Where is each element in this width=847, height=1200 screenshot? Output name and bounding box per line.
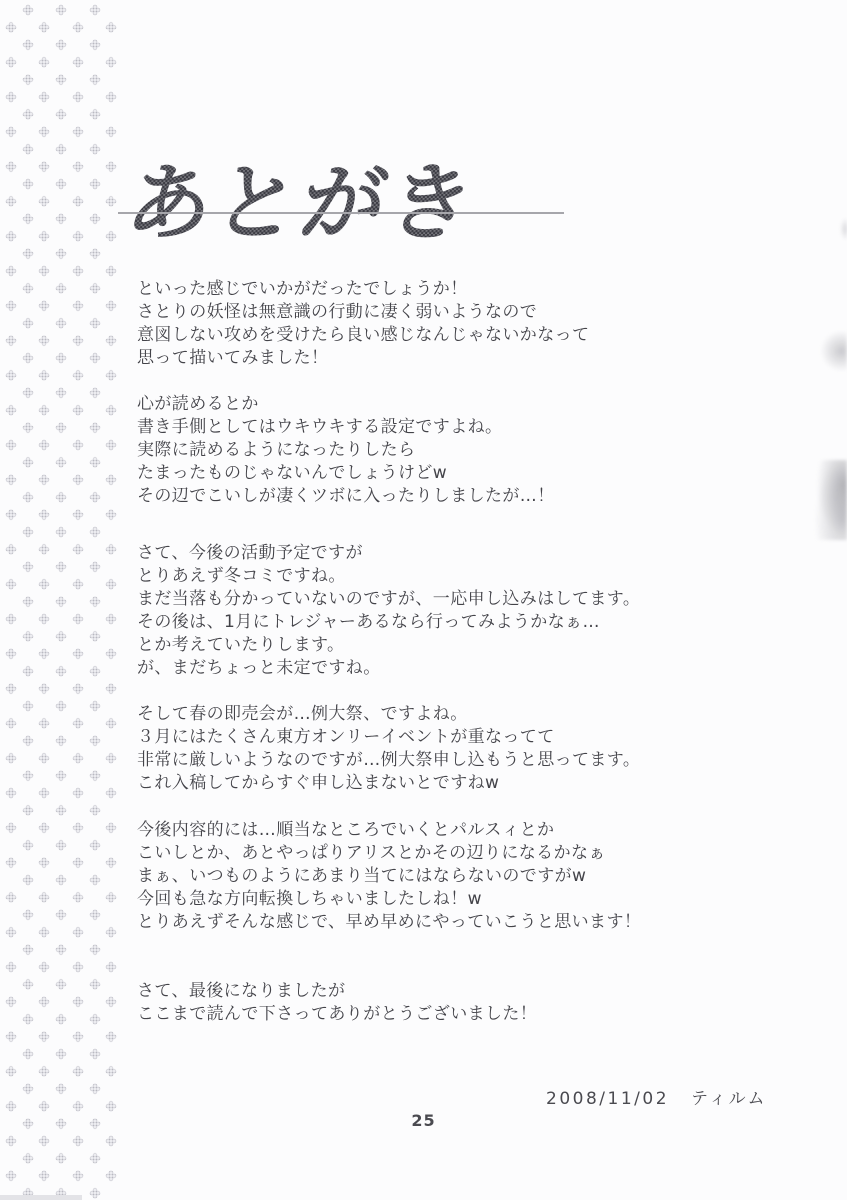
text-line: まぁ、いつものようにあまり当てにはならないのですがw [137,865,641,888]
diamond-ornament-icon [105,787,117,799]
diamond-ornament-icon [22,178,34,190]
text-line: 今回も急な方向転換しちゃいましたしね！w [137,888,641,911]
diamond-ornament-icon [38,1031,50,1043]
diamond-ornament-icon [105,439,117,451]
diamond-dot-pattern [0,0,120,1200]
diamond-ornament-icon [22,735,34,747]
diamond-ornament-icon [38,857,50,869]
diamond-ornament-icon [55,909,67,921]
diamond-ornament-icon [38,335,50,347]
diamond-ornament-icon [89,735,101,747]
diamond-ornament-icon [89,700,101,712]
diamond-ornament-icon [38,543,50,555]
diamond-ornament-icon [5,717,17,729]
diamond-ornament-icon [55,944,67,956]
diamond-ornament-icon [5,752,17,764]
diamond-ornament-icon [5,996,17,1008]
diamond-ornament-icon [89,1152,101,1164]
diamond-ornament-icon [55,700,67,712]
diamond-ornament-icon [105,126,117,138]
diamond-ornament-icon [105,21,117,33]
diamond-ornament-icon [89,456,101,468]
diamond-ornament-icon [22,1013,34,1025]
diamond-ornament-icon [38,961,50,973]
diamond-ornament-icon [38,195,50,207]
diamond-ornament-icon [105,161,117,173]
diamond-ornament-icon [5,439,17,451]
text-line: これ入稿してからすぐ申し込まないとですねw [137,772,640,795]
publication-date: 2008/11/02 [546,1089,669,1109]
diamond-ornament-icon [5,857,17,869]
diamond-ornament-icon [5,683,17,695]
diamond-ornament-icon [22,909,34,921]
diamond-ornament-icon [38,474,50,486]
diamond-ornament-icon [38,787,50,799]
diamond-ornament-icon [72,509,84,521]
diamond-ornament-icon [89,561,101,573]
diamond-ornament-icon [105,543,117,555]
diamond-ornament-icon [72,752,84,764]
diamond-ornament-icon [38,891,50,903]
diamond-ornament-icon [105,265,117,277]
diamond-ornament-icon [38,683,50,695]
page-number: 25 [0,1111,847,1130]
diamond-ornament-icon [105,1135,117,1147]
diamond-ornament-icon [5,161,17,173]
text-line: とりあえずそんな感じで、早め早めにやっていこうと思います！ [137,911,641,934]
text-line: さて、今後の活動予定ですが [137,542,640,565]
diamond-ornament-icon [38,717,50,729]
diamond-ornament-icon [5,926,17,938]
diamond-ornament-icon [5,787,17,799]
diamond-ornament-icon [55,39,67,51]
diamond-ornament-icon [72,161,84,173]
diamond-ornament-icon [5,543,17,555]
colophon: 2008/11/02ティルム [546,1084,767,1109]
afterword-title: あとがき [120,154,484,253]
diamond-ornament-icon [55,422,67,434]
diamond-ornament-icon [55,596,67,608]
diamond-ornament-icon [38,369,50,381]
diamond-ornament-icon [5,300,17,312]
diamond-ornament-icon [89,39,101,51]
diamond-ornament-icon [38,1065,50,1077]
diamond-ornament-icon [72,1065,84,1077]
diamond-ornament-icon [105,857,117,869]
diamond-ornament-icon [89,944,101,956]
diamond-ornament-icon [89,909,101,921]
diamond-ornament-icon [105,926,117,938]
text-line: その後は、1月にトレジャーあるなら行ってみようかなぁ… [137,611,640,634]
diamond-ornament-icon [72,474,84,486]
diamond-ornament-icon [55,735,67,747]
diamond-ornament-icon [55,665,67,677]
text-line: その辺でこいしが凄くツボに入ったりしましたが…！ [137,485,555,508]
diamond-ornament-icon [89,526,101,538]
diamond-ornament-icon [105,1170,117,1182]
diamond-ornament-icon [105,648,117,660]
diamond-ornament-icon [89,213,101,225]
diamond-ornament-icon [38,648,50,660]
diamond-ornament-icon [72,300,84,312]
diamond-ornament-icon [38,613,50,625]
diamond-ornament-icon [5,265,17,277]
text-line: たまったものじゃないんでしょうけどw [137,462,555,485]
diamond-ornament-icon [72,613,84,625]
diamond-ornament-icon [105,369,117,381]
diamond-ornament-icon [22,387,34,399]
scanned-afterword-page: あとがき といった感じでいかがだったでしょうか！さとりの妖怪は無意識の行動に凄く… [0,0,847,1200]
diamond-ornament-icon [5,1031,17,1043]
diamond-ornament-icon [89,317,101,329]
diamond-ornament-icon [72,265,84,277]
diamond-ornament-icon [72,21,84,33]
diamond-ornament-icon [89,4,101,16]
diamond-ornament-icon [105,683,117,695]
diamond-ornament-icon [22,4,34,16]
diamond-ornament-icon [22,1152,34,1164]
diamond-ornament-icon [55,213,67,225]
diamond-ornament-icon [22,282,34,294]
diamond-ornament-icon [105,752,117,764]
diamond-ornament-icon [5,891,17,903]
diamond-ornament-icon [38,996,50,1008]
diamond-ornament-icon [89,1048,101,1060]
diamond-ornament-icon [55,630,67,642]
diamond-ornament-icon [89,178,101,190]
diamond-ornament-icon [55,248,67,260]
diamond-ornament-icon [105,1031,117,1043]
diamond-ornament-icon [55,561,67,573]
diamond-ornament-icon [72,891,84,903]
diamond-ornament-icon [38,752,50,764]
diamond-ornament-icon [72,961,84,973]
diamond-ornament-icon [105,300,117,312]
diamond-ornament-icon [105,509,117,521]
diamond-ornament-icon [105,891,117,903]
diamond-ornament-icon [55,74,67,86]
diamond-ornament-icon [89,874,101,886]
diamond-ornament-icon [38,1135,50,1147]
diamond-ornament-icon [55,804,67,816]
diamond-ornament-icon [55,4,67,16]
diamond-ornament-icon [55,770,67,782]
text-line: そして春の即売会が…例大祭、ですよね。 [137,703,640,726]
text-line: とか考えていたりします。 [137,634,640,657]
diamond-ornament-icon [5,126,17,138]
diamond-ornament-icon [55,282,67,294]
diamond-ornament-icon [22,491,34,503]
paragraph: といった感じでいかがだったでしょうか！さとりの妖怪は無意識の行動に凄く弱いような… [137,278,589,370]
diamond-ornament-icon [5,230,17,242]
diamond-ornament-icon [55,317,67,329]
diamond-ornament-icon [105,996,117,1008]
diamond-ornament-icon [89,422,101,434]
diamond-ornament-icon [22,422,34,434]
diamond-ornament-icon [5,404,17,416]
diamond-ornament-icon [22,630,34,642]
diamond-ornament-icon [89,596,101,608]
diamond-ornament-icon [38,126,50,138]
diamond-ornament-icon [105,91,117,103]
diamond-ornament-icon [105,961,117,973]
diamond-ornament-icon [105,578,117,590]
diamond-ornament-icon [38,230,50,242]
diamond-ornament-icon [72,230,84,242]
author-name: ティルム [691,1089,767,1109]
diamond-ornament-icon [105,335,117,347]
diamond-ornament-icon [55,526,67,538]
diamond-ornament-icon [55,1013,67,1025]
diamond-ornament-icon [55,352,67,364]
text-line: 心が読めるとか [137,393,555,416]
diamond-ornament-icon [72,195,84,207]
diamond-ornament-icon [89,108,101,120]
diamond-ornament-icon [89,665,101,677]
diamond-ornament-icon [72,404,84,416]
scan-smudge [840,218,847,240]
text-line: まだ当落も分かっていないのですが、一応申し込みはしてます。 [137,588,640,611]
diamond-ornament-icon [22,317,34,329]
diamond-ornament-icon [89,630,101,642]
diamond-ornament-icon [38,509,50,521]
diamond-ornament-icon [55,978,67,990]
diamond-ornament-icon [89,804,101,816]
diamond-ornament-icon [55,108,67,120]
diamond-ornament-icon [72,56,84,68]
diamond-ornament-icon [5,369,17,381]
diamond-ornament-icon [22,213,34,225]
paragraph: 今後内容的には…順当なところでいくとパルスィとかこいしとか、あとやっぱりアリスと… [137,819,641,934]
diamond-ornament-icon [5,195,17,207]
diamond-ornament-icon [89,352,101,364]
diamond-ornament-icon [72,822,84,834]
text-line: 実際に読めるようになったりしたら [137,439,555,462]
diamond-ornament-icon [72,787,84,799]
diamond-ornament-icon [38,1170,50,1182]
diamond-ornament-icon [72,1135,84,1147]
diamond-ornament-icon [89,770,101,782]
diamond-ornament-icon [38,91,50,103]
diamond-ornament-icon [72,369,84,381]
diamond-ornament-icon [22,804,34,816]
text-line: さて、最後になりましたが [137,980,537,1003]
diamond-ornament-icon [55,1152,67,1164]
scan-edge-artifact [0,1195,82,1200]
diamond-ornament-icon [72,648,84,660]
diamond-ornament-icon [22,456,34,468]
diamond-ornament-icon [55,1083,67,1095]
diamond-ornament-icon [72,683,84,695]
diamond-ornament-icon [22,39,34,51]
diamond-ornament-icon [22,874,34,886]
diamond-ornament-icon [105,474,117,486]
diamond-ornament-icon [38,404,50,416]
diamond-ornament-icon [72,439,84,451]
paragraph: そして春の即売会が…例大祭、ですよね。３月にはたくさん東方オンリーイベントが重な… [137,703,640,795]
diamond-ornament-icon [5,648,17,660]
diamond-ornament-icon [22,108,34,120]
diamond-ornament-icon [72,335,84,347]
diamond-ornament-icon [5,509,17,521]
diamond-ornament-icon [89,978,101,990]
diamond-ornament-icon [38,300,50,312]
diamond-ornament-icon [5,335,17,347]
diamond-ornament-icon [5,822,17,834]
diamond-ornament-icon [22,74,34,86]
diamond-ornament-icon [22,839,34,851]
diamond-ornament-icon [89,1187,101,1199]
diamond-ornament-icon [38,822,50,834]
text-line: 非常に厳しいようなのですが…例大祭申し込もうと思ってます。 [137,749,640,772]
diamond-ornament-icon [38,56,50,68]
diamond-ornament-icon [22,1083,34,1095]
text-line: ３月にはたくさん東方オンリーイベントが重なってて [137,726,640,749]
diamond-ornament-icon [55,1048,67,1060]
diamond-ornament-icon [89,143,101,155]
diamond-ornament-icon [72,926,84,938]
diamond-ornament-icon [105,613,117,625]
text-line: 書き手側としてはウキウキする設定ですよね。 [137,416,555,439]
diamond-ornament-icon [105,822,117,834]
diamond-ornament-icon [55,491,67,503]
diamond-ornament-icon [5,91,17,103]
text-line: 意図しない攻めを受けたら良い感じなんじゃないかなって [137,324,589,347]
diamond-ornament-icon [105,717,117,729]
diamond-ornament-icon [89,74,101,86]
diamond-ornament-icon [105,404,117,416]
diamond-ornament-icon [38,578,50,590]
diamond-ornament-icon [89,1083,101,1095]
diamond-ornament-icon [38,21,50,33]
diamond-ornament-icon [72,126,84,138]
diamond-ornament-icon [89,387,101,399]
diamond-ornament-icon [5,961,17,973]
diamond-ornament-icon [5,613,17,625]
diamond-ornament-icon [22,770,34,782]
diamond-ornament-icon [22,561,34,573]
diamond-ornament-icon [105,1065,117,1077]
diamond-ornament-icon [5,56,17,68]
diamond-ornament-icon [55,178,67,190]
diamond-ornament-icon [55,839,67,851]
paragraph: さて、最後になりましたがここまで読んで下さってありがとうございました！ [137,980,537,1026]
diamond-ornament-icon [72,91,84,103]
diamond-ornament-icon [38,439,50,451]
diamond-ornament-icon [22,665,34,677]
diamond-ornament-icon [55,456,67,468]
scan-smudge [820,330,847,372]
scan-smudge [814,460,847,540]
diamond-ornament-icon [105,56,117,68]
diamond-ornament-icon [5,1135,17,1147]
diamond-ornament-icon [89,248,101,260]
diamond-ornament-icon [105,195,117,207]
text-line: さとりの妖怪は無意識の行動に凄く弱いようなので [137,301,589,324]
diamond-ornament-icon [22,526,34,538]
diamond-ornament-icon [38,926,50,938]
diamond-ornament-icon [22,978,34,990]
diamond-ornament-icon [22,700,34,712]
paragraph: 心が読めるとか書き手側としてはウキウキする設定ですよね。実際に読めるようになった… [137,393,555,508]
diamond-ornament-icon [72,717,84,729]
paragraph: さて、今後の活動予定ですがとりあえず冬コミですね。まだ当落も分かっていないのです… [137,542,640,680]
text-line: が、まだちょっと未定ですね。 [137,657,640,680]
diamond-ornament-icon [38,265,50,277]
diamond-ornament-icon [105,230,117,242]
diamond-ornament-icon [89,282,101,294]
diamond-ornament-icon [89,491,101,503]
diamond-ornament-icon [22,352,34,364]
text-line: ここまで読んで下さってありがとうございました！ [137,1003,537,1026]
diamond-ornament-icon [5,21,17,33]
diamond-ornament-icon [5,578,17,590]
text-line: 今後内容的には…順当なところでいくとパルスィとか [137,819,641,842]
text-line: こいしとか、あとやっぱりアリスとかその辺りになるかなぁ [137,842,641,865]
diamond-ornament-icon [5,474,17,486]
diamond-ornament-icon [72,1170,84,1182]
diamond-ornament-icon [22,944,34,956]
diamond-ornament-icon [55,143,67,155]
diamond-ornament-icon [22,143,34,155]
diamond-ornament-icon [89,1013,101,1025]
text-line: とりあえず冬コミですね。 [137,565,640,588]
text-line: 思って描いてみました！ [137,347,589,370]
diamond-ornament-icon [72,578,84,590]
diamond-ornament-icon [55,874,67,886]
diamond-ornament-icon [22,248,34,260]
diamond-ornament-icon [5,1170,17,1182]
diamond-ornament-icon [89,839,101,851]
text-line: といった感じでいかがだったでしょうか！ [137,278,589,301]
diamond-ornament-icon [72,857,84,869]
diamond-ornament-icon [72,996,84,1008]
title-underline [118,212,564,214]
diamond-ornament-icon [5,1065,17,1077]
diamond-ornament-icon [55,387,67,399]
diamond-ornament-icon [22,596,34,608]
diamond-ornament-icon [72,1031,84,1043]
diamond-ornament-icon [22,1048,34,1060]
diamond-ornament-icon [38,161,50,173]
diamond-ornament-icon [72,543,84,555]
